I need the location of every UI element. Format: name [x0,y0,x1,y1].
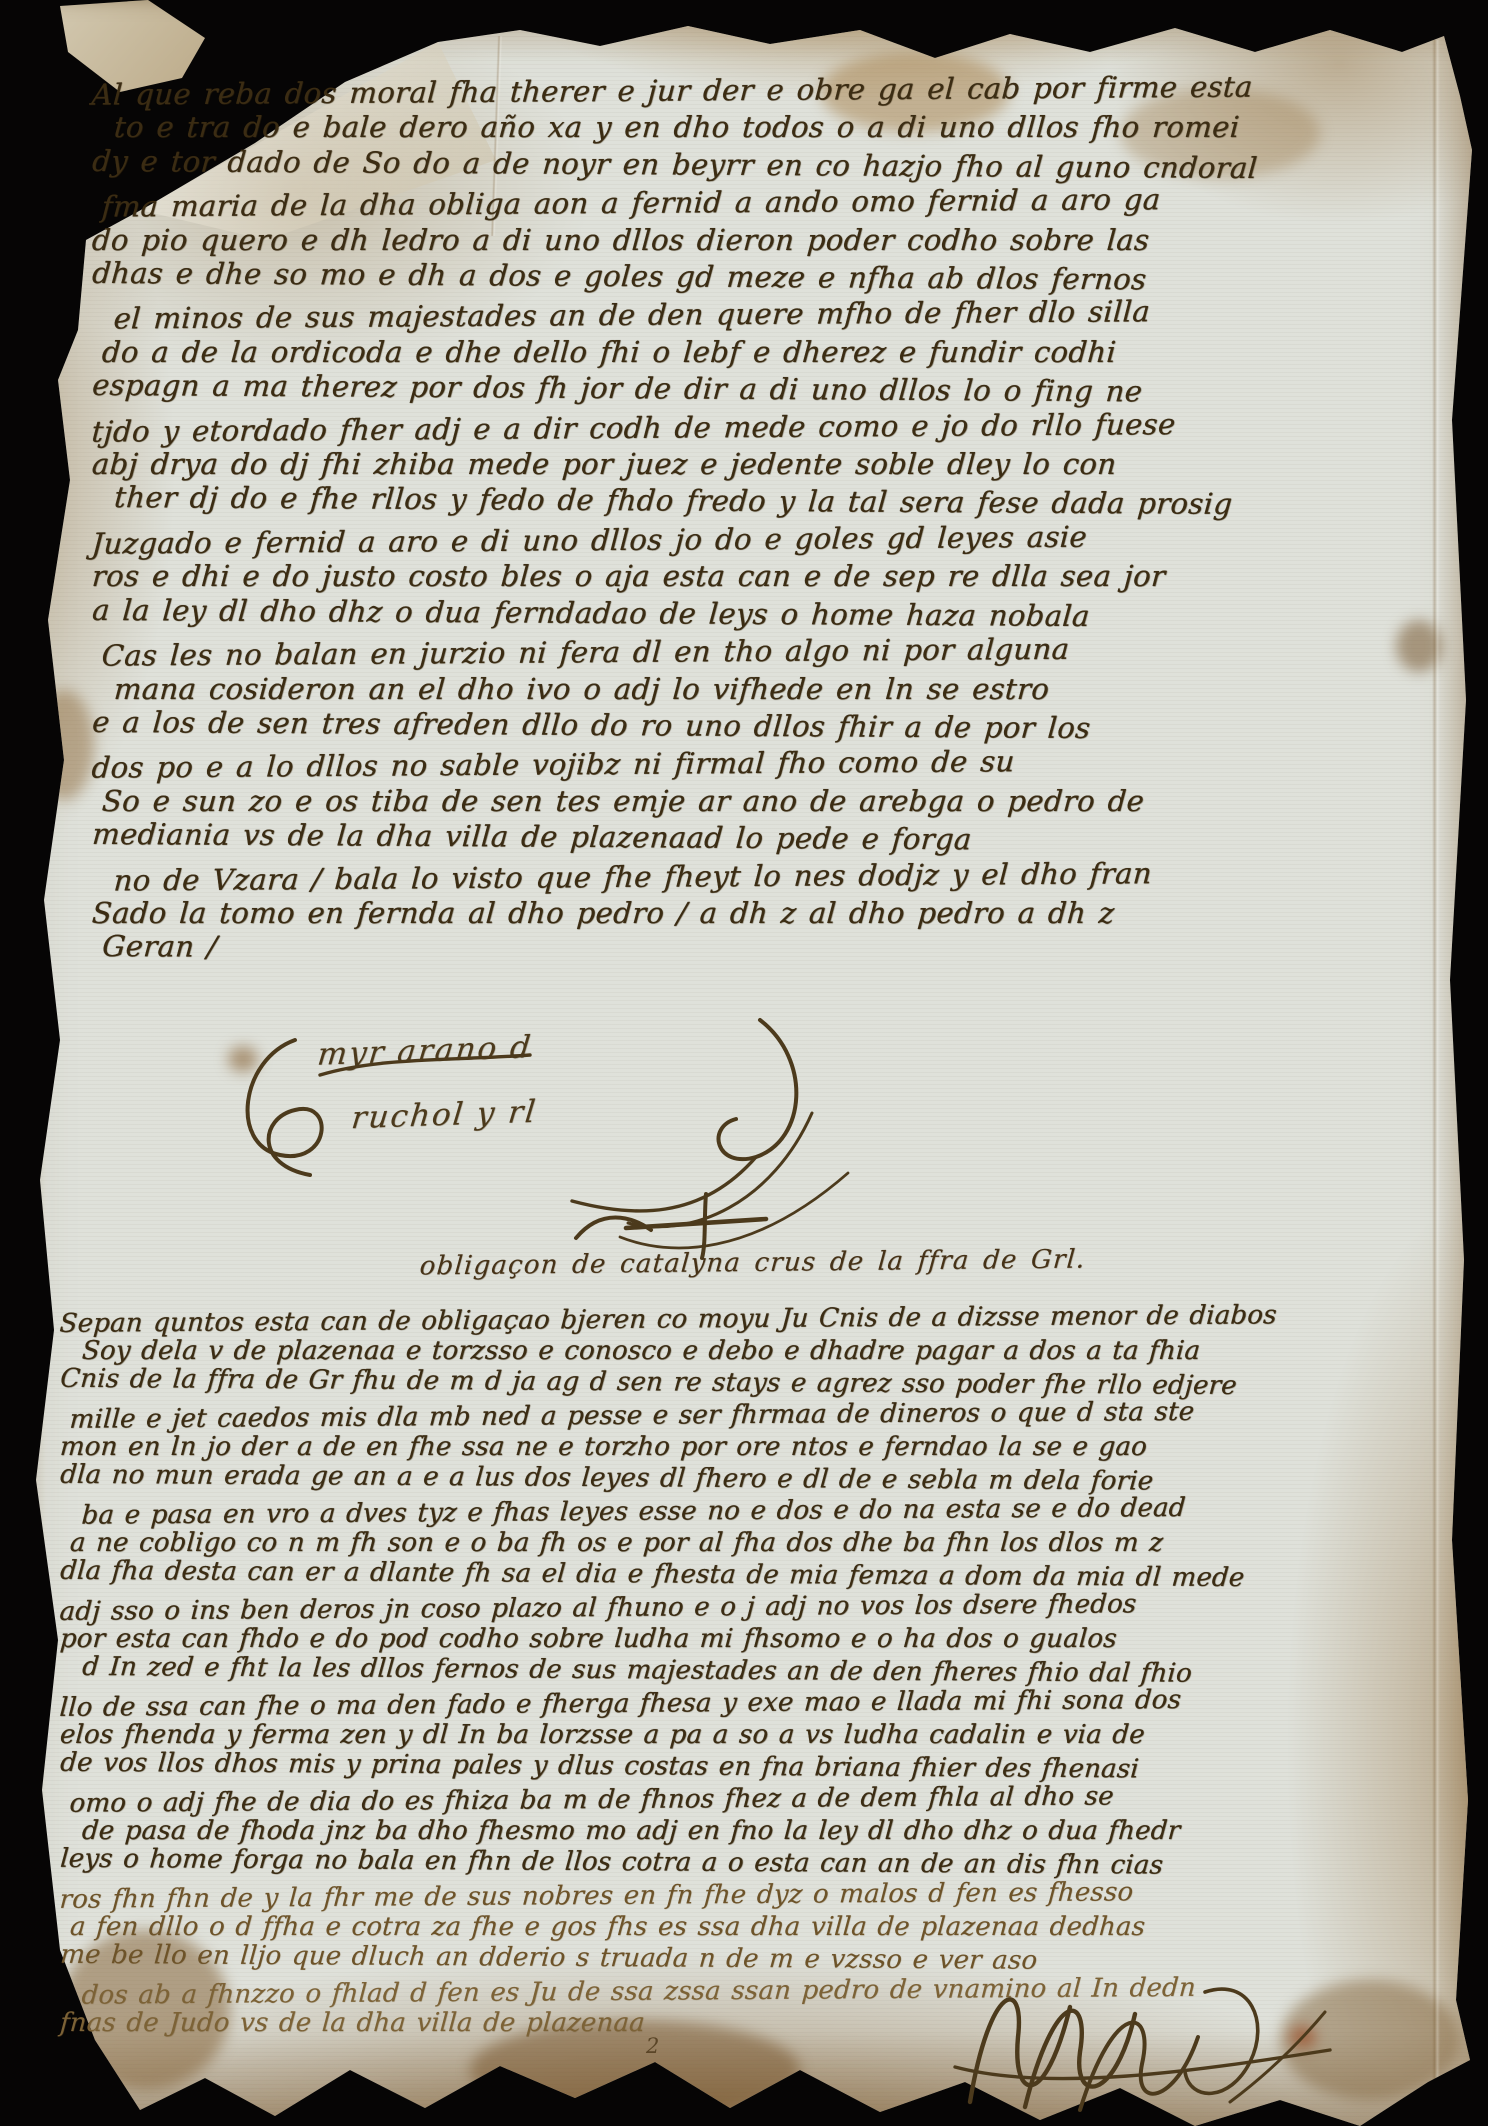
manuscript-line: do pio quero e dh ledro a di uno dllos d… [91,222,1434,259]
notary-signature-block: myr arano d ruchol y rl [200,1005,900,1245]
manuscript-line: Sado la tomo en fernda al dho pedro / a … [91,895,1434,932]
manuscript-line: Geran / [91,928,1433,974]
signature-line-2: ruchol y rl [350,1094,539,1136]
bottom-rubric-flourish-icon [930,1952,1350,2126]
manuscript-line: Sepan quntos esta can de obligaçao bjere… [59,1298,1442,1340]
manuscript-line: omo o adj fhe de dia do es fhiza ba m de… [59,1778,1442,1820]
manuscript-line: ba e pasa en vro a dves tyz e fhas leyes… [59,1490,1442,1532]
signature-line-1: myr arano d [316,1029,534,1072]
manuscript-line: el minos de sus majestades an de den que… [91,292,1434,339]
text-block-2: Sepan quntos esta can de obligaçao bjere… [60,1303,1440,2039]
manuscript-line: So e sun zo e os tiba de sen tes emje ar… [91,783,1434,820]
manuscript-line: a ne cobligo co n m fh son e o ba fh os … [59,1527,1441,1559]
manuscript-line: no de Vzara / bala lo visto que fhe fhey… [91,853,1434,900]
folio-number: 2 [646,2034,659,2058]
manuscript-line: por esta can fhdo e do pod codho sobre l… [59,1623,1441,1655]
manuscript-line: ros e dhi e do justo costo bles o aja es… [91,558,1434,595]
manuscript-line: de pasa de fhoda jnz ba dho fhesmo mo ad… [59,1815,1441,1847]
manuscript-line: dos po e a lo dllos no sable vojibz ni f… [91,741,1434,788]
rubric-flourish-icon [200,1005,900,1245]
manuscript-line: llo de ssa can fhe o ma den fado e fherg… [59,1682,1442,1724]
manuscript-line: a fen dllo o d ffha e cotra za fhe e gos… [59,1911,1441,1943]
manuscript-line: to e tra do e bale dero año xa y en dho … [91,109,1434,146]
manuscript-line: mon en ln jo der a de en fhe ssa ne e to… [59,1431,1441,1463]
manuscript-line: Al que reba dos moral fha therer e jur d… [91,67,1434,114]
text-block-1: Al que reba dos moral fha therer e jur d… [92,72,1432,970]
manuscript-line: mille e jet caedos mis dla mb ned a pess… [59,1394,1442,1436]
manuscript-line: adj sso o ins ben deros jn coso plazo al… [59,1586,1442,1628]
manuscript-line: Juzgado e fernid a aro e di uno dllos jo… [91,516,1434,563]
manuscript-line: mana cosideron an el dho ivo o adj lo vi… [91,671,1434,708]
manuscript-scan: Al que reba dos moral fha therer e jur d… [0,0,1488,2126]
manuscript-line: tjdo y etordado fher adj e a dir codh de… [91,404,1434,451]
manuscript-line: Soy dela v de plazenaa e torzsso e conos… [59,1335,1441,1367]
manuscript-line: fma maria de la dha obliga aon a fernid … [91,180,1434,227]
manuscript-line: elos fhenda y ferma zen y dl In ba lorzs… [59,1719,1441,1751]
manuscript-line: abj drya do dj fhi zhiba mede por juez e… [91,446,1434,483]
stain [34,690,94,800]
manuscript-line: Cas les no balan en jurzio ni fera dl en… [91,628,1434,675]
manuscript-line: do a de la ordicoda e dhe dello fhi o le… [91,334,1434,371]
manuscript-line: ros fhn fhn de y la fhr me de sus nobres… [59,1874,1442,1916]
